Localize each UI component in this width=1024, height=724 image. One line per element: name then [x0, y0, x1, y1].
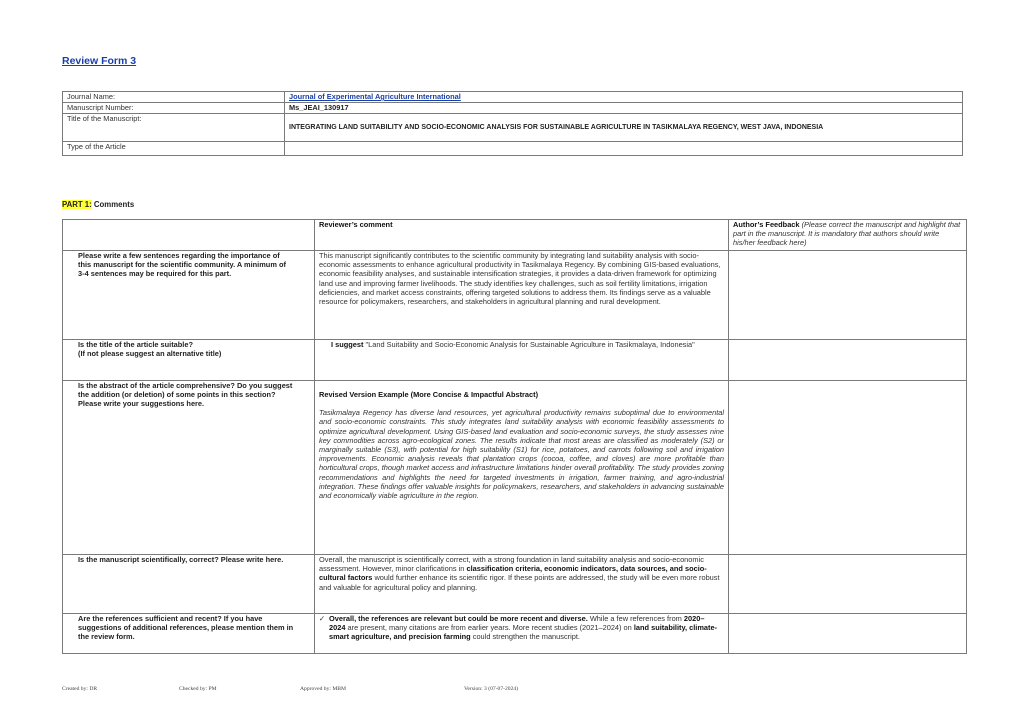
question-header: [63, 220, 315, 251]
title-row: Title of the Manuscript: INTEGRATING LAN…: [63, 114, 963, 142]
footer-version: Version: 3 (07-07-2024): [464, 686, 518, 692]
comments-table: Reviewer’s comment Author’s Feedback (Pl…: [62, 219, 967, 654]
question-cell: Please write a few sentences regarding t…: [63, 251, 315, 340]
author-feedback-header: Author’s Feedback (Please correct the ma…: [729, 220, 967, 251]
table-row: Is the title of the article suitable?(If…: [63, 340, 967, 381]
journal-label: Journal Name:: [63, 92, 285, 103]
comment-cell: ✓ Overall, the references are relevant b…: [315, 614, 729, 654]
comment-cell: This manuscript significantly contribute…: [315, 251, 729, 340]
comment-cell: I suggest "Land Suitability and Socio-Ec…: [315, 340, 729, 381]
part-title: Comments: [92, 200, 134, 209]
comment-cell: Overall, the manuscript is scientificall…: [315, 555, 729, 614]
table-row: Is the manuscript scientifically, correc…: [63, 555, 967, 614]
manuscript-number-value: Ms_JEAI_130917: [285, 103, 963, 114]
manuscript-title: INTEGRATING LAND SUITABILITY AND SOCIO-E…: [289, 124, 823, 131]
reviewer-comment-header: Reviewer’s comment: [315, 220, 729, 251]
part-label: PART 1:: [62, 200, 92, 209]
manuscript-info-table: Journal Name: Journal of Experimental Ag…: [62, 91, 963, 156]
part1-heading: PART 1: Comments: [62, 200, 134, 209]
feedback-cell[interactable]: [729, 251, 967, 340]
footer-created-by: Created by: DR: [62, 686, 97, 692]
journal-value: Journal of Experimental Agriculture Inte…: [285, 92, 963, 103]
table-row: Please write a few sentences regarding t…: [63, 251, 967, 340]
feedback-cell[interactable]: [729, 555, 967, 614]
manuscript-number-row: Manuscript Number: Ms_JEAI_130917: [63, 103, 963, 114]
title-label: Title of the Manuscript:: [63, 114, 285, 142]
type-label: Type of the Article: [63, 142, 285, 156]
feedback-cell[interactable]: [729, 381, 967, 555]
journal-row: Journal Name: Journal of Experimental Ag…: [63, 92, 963, 103]
form-title[interactable]: Review Form 3: [62, 55, 136, 67]
table-row: Are the references sufficient and recent…: [63, 614, 967, 654]
footer-approved-by: Approved by: MBM: [300, 686, 346, 692]
journal-link[interactable]: Journal of Experimental Agriculture Inte…: [289, 92, 461, 101]
type-value: [285, 142, 963, 156]
comment-cell: Revised Version Example (More Concise & …: [315, 381, 729, 555]
question-cell: Is the manuscript scientifically, correc…: [63, 555, 315, 614]
feedback-cell[interactable]: [729, 340, 967, 381]
header-row: Reviewer’s comment Author’s Feedback (Pl…: [63, 220, 967, 251]
question-cell: Are the references sufficient and recent…: [63, 614, 315, 654]
question-cell: Is the abstract of the article comprehen…: [63, 381, 315, 555]
feedback-cell[interactable]: [729, 614, 967, 654]
table-row: Is the abstract of the article comprehen…: [63, 381, 967, 555]
type-row: Type of the Article: [63, 142, 963, 156]
checkmark-icon: ✓: [315, 614, 329, 642]
title-value: INTEGRATING LAND SUITABILITY AND SOCIO-E…: [285, 114, 963, 142]
revised-abstract-text: Tasikmalaya Regency has diverse land res…: [319, 408, 724, 500]
question-cell: Is the title of the article suitable?(If…: [63, 340, 315, 381]
manuscript-number-label: Manuscript Number:: [63, 103, 285, 114]
revised-abstract-heading: Revised Version Example (More Concise & …: [319, 390, 724, 399]
footer-checked-by: Checked by: PM: [179, 686, 217, 692]
